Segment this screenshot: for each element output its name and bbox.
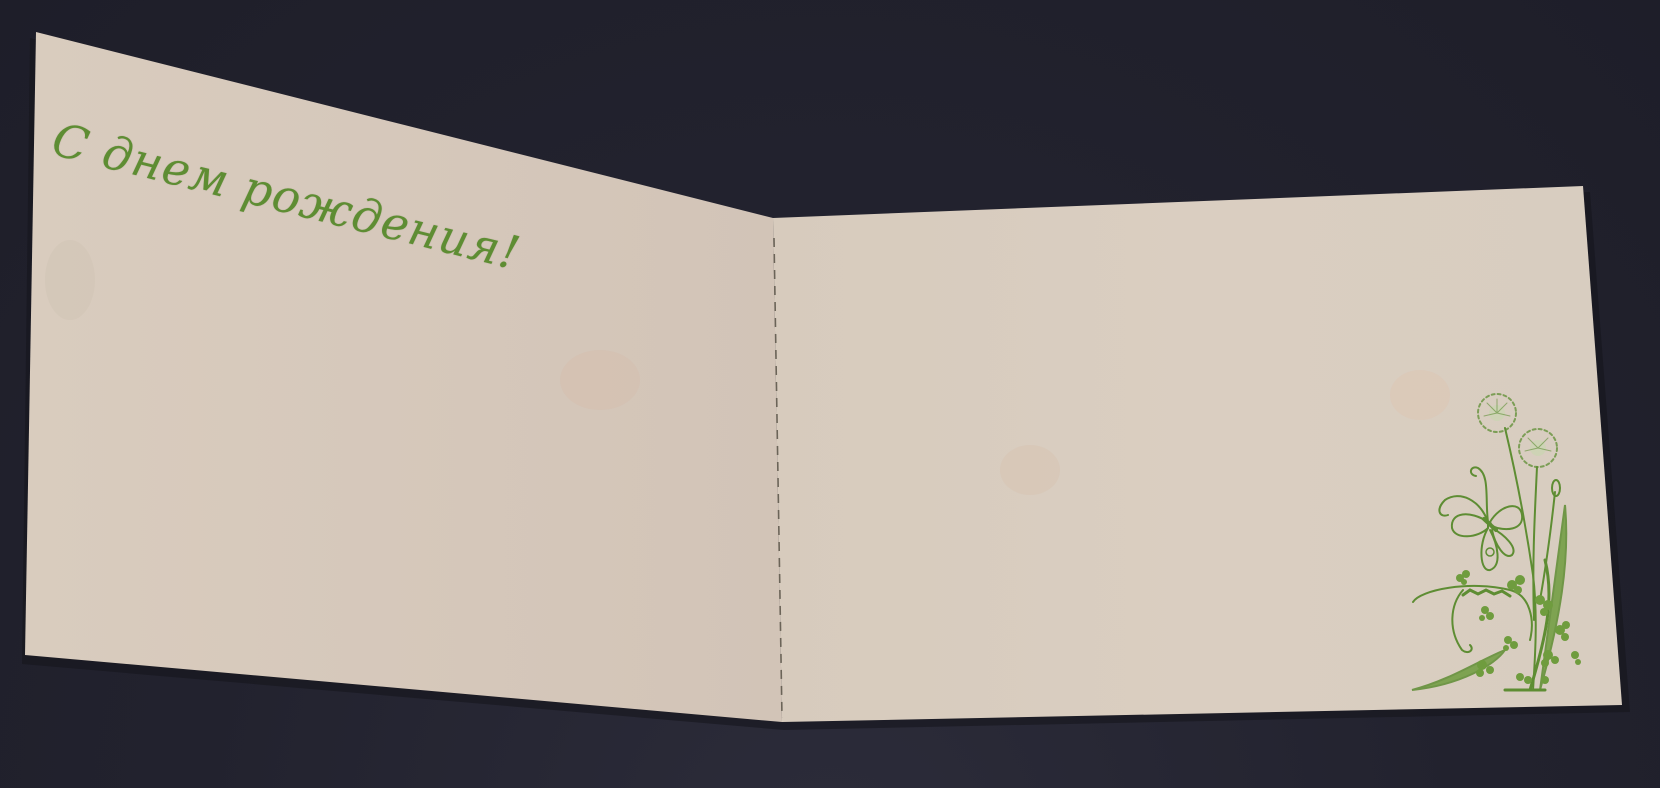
card-right-panel: [773, 186, 1622, 722]
photo-scene: [0, 0, 1660, 788]
paper-stain: [560, 350, 640, 410]
paper-stain: [1390, 370, 1450, 420]
paper-stain: [45, 240, 95, 320]
paper-stain: [1000, 445, 1060, 495]
